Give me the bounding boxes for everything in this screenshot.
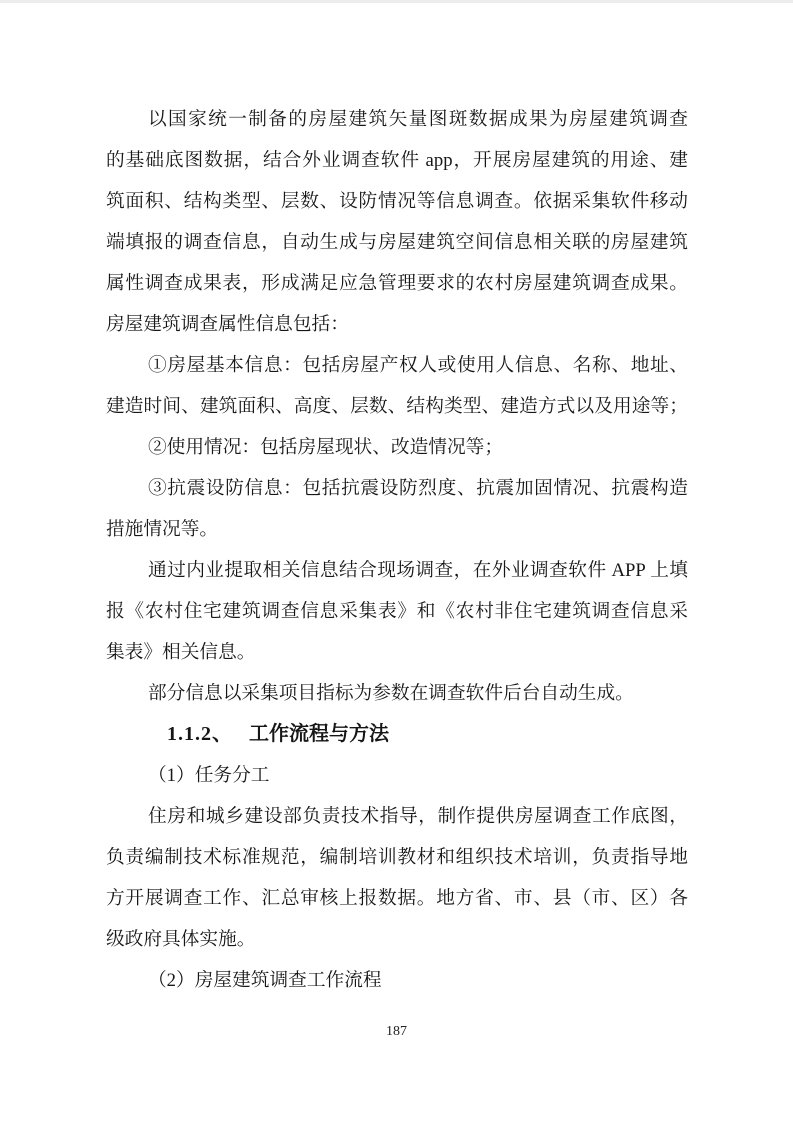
page-top-edge: [0, 0, 793, 3]
body-line: 筑面积、结构类型、层数、设防情况等信息调查。依据采集软件移动: [106, 181, 688, 222]
section-heading: 1.1.2、工作流程与方法: [106, 714, 688, 755]
paragraph: （2）房屋建筑调查工作流程: [106, 960, 688, 1001]
body-line: 端填报的调查信息，自动生成与房屋建筑空间信息相关联的房屋建筑: [106, 222, 688, 263]
body-line: 集表》相关信息。: [106, 632, 688, 673]
body-line: 的基础底图数据，结合外业调查软件 app，开展房屋建筑的用途、建: [106, 140, 688, 181]
paragraph: 通过内业提取相关信息结合现场调查，在外业调查软件 APP 上填 报《农村住宅建筑…: [106, 550, 688, 673]
body-line: ②使用情况：包括房屋现状、改造情况等；: [106, 427, 688, 468]
body-line: 负责编制技术标准规范，编制培训教材和组织技术培训，负责指导地: [106, 837, 688, 878]
paragraph: 以国家统一制备的房屋建筑矢量图斑数据成果为房屋建筑调查 的基础底图数据，结合外业…: [106, 99, 688, 345]
body-line: 部分信息以采集项目指标为参数在调查软件后台自动生成。: [106, 673, 688, 714]
body-line: 以国家统一制备的房屋建筑矢量图斑数据成果为房屋建筑调查: [106, 99, 688, 140]
paragraph: ②使用情况：包括房屋现状、改造情况等；: [106, 427, 688, 468]
paragraph: （1）任务分工: [106, 755, 688, 796]
body-line: 级政府具体实施。: [106, 919, 688, 960]
body-line: ①房屋基本信息：包括房屋产权人或使用人信息、名称、地址、: [106, 345, 688, 386]
document-body: 以国家统一制备的房屋建筑矢量图斑数据成果为房屋建筑调查 的基础底图数据，结合外业…: [106, 99, 688, 1001]
body-line: 方开展调查工作、汇总审核上报数据。地方省、市、县（市、区）各: [106, 878, 688, 919]
body-line: 房屋建筑调查属性信息包括：: [106, 304, 688, 345]
paragraph: ③抗震设防信息：包括抗震设防烈度、抗震加固情况、抗震构造 措施情况等。: [106, 468, 688, 550]
body-line: 通过内业提取相关信息结合现场调查，在外业调查软件 APP 上填: [106, 550, 688, 591]
paragraph: 部分信息以采集项目指标为参数在调查软件后台自动生成。: [106, 673, 688, 714]
section-heading-title: 工作流程与方法: [249, 723, 389, 745]
document-page: 以国家统一制备的房屋建筑矢量图斑数据成果为房屋建筑调查 的基础底图数据，结合外业…: [0, 0, 793, 1122]
body-line: 建造时间、建筑面积、高度、层数、结构类型、建造方式以及用途等；: [106, 386, 688, 427]
paragraph: 住房和城乡建设部负责技术指导，制作提供房屋调查工作底图， 负责编制技术标准规范，…: [106, 796, 688, 960]
page-number: 187: [0, 1022, 793, 1042]
body-line: 住房和城乡建设部负责技术指导，制作提供房屋调查工作底图，: [106, 796, 688, 837]
section-heading-number: 1.1.2、: [167, 723, 233, 745]
body-line: （1）任务分工: [106, 755, 688, 796]
body-line: 报《农村住宅建筑调查信息采集表》和《农村非住宅建筑调查信息采: [106, 591, 688, 632]
paragraph: ①房屋基本信息：包括房屋产权人或使用人信息、名称、地址、 建造时间、建筑面积、高…: [106, 345, 688, 427]
body-line: ③抗震设防信息：包括抗震设防烈度、抗震加固情况、抗震构造: [106, 468, 688, 509]
body-line: （2）房屋建筑调查工作流程: [106, 960, 688, 1001]
body-line: 属性调查成果表，形成满足应急管理要求的农村房屋建筑调查成果。: [106, 263, 688, 304]
body-line: 措施情况等。: [106, 509, 688, 550]
